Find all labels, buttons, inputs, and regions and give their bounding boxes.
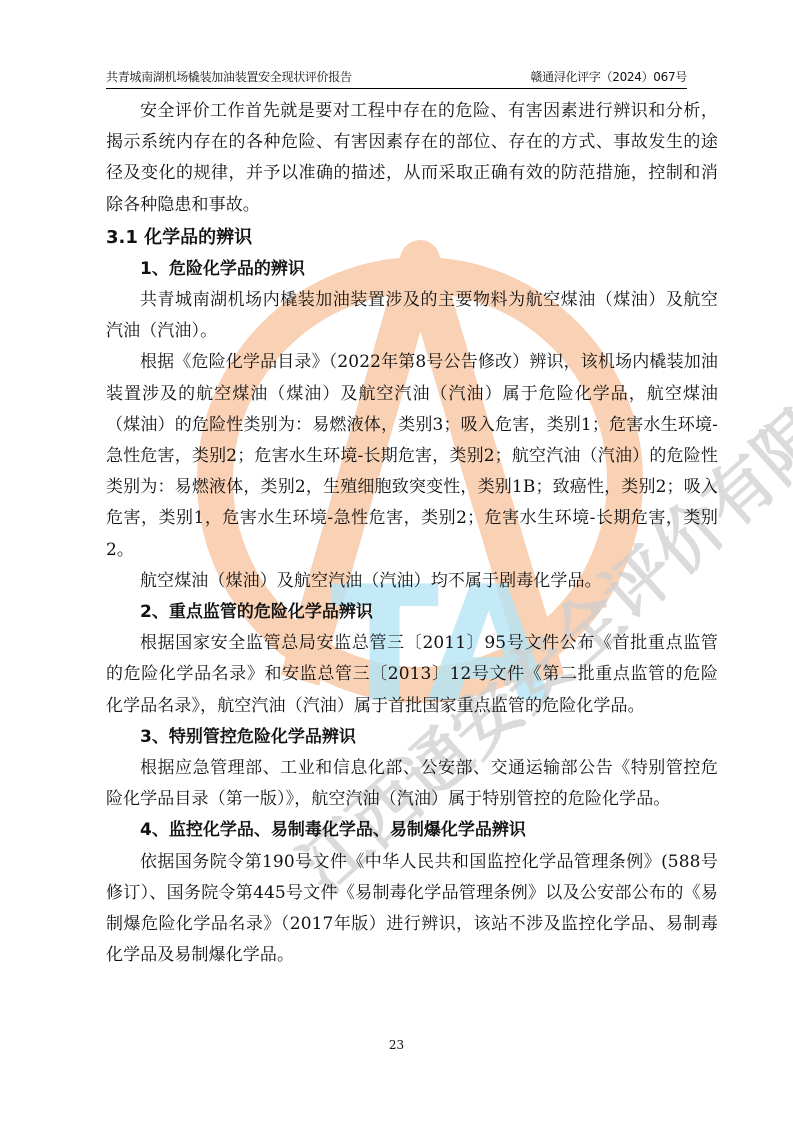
paragraph: 根据应急管理部、工业和信息化部、公安部、交通运输部公告《特别管控危险化学品目录（… [106, 753, 718, 815]
subsection-heading: 3、特别管控危险化学品辨识 [106, 722, 718, 753]
paragraph: 根据《危险化学品目录》（2022年第8号公告修改）辨识，该机场内橇装加油装置涉及… [106, 347, 718, 565]
intro-paragraph: 安全评价工作首先就是要对工程中存在的危险、有害因素进行辨识和分析，揭示系统内存在… [106, 96, 718, 221]
document-number: 赣通浔化评字（2024）067号 [530, 68, 687, 85]
paragraph: 根据国家安全监管总局安监总管三〔2011〕95号文件公布《首批重点监管的危险化学… [106, 628, 718, 722]
document-body: 安全评价工作首先就是要对工程中存在的危险、有害因素进行辨识和分析，揭示系统内存在… [106, 96, 718, 971]
paragraph: 依据国务院令第190号文件《中华人民共和国监控化学品管理条例》(588号修订）、… [106, 847, 718, 972]
report-title: 共青城南湖机场橇装加油装置安全现状评价报告 [106, 68, 352, 85]
subsection-heading: 1、危险化学品的辨识 [106, 254, 718, 285]
subsection-heading: 4、监控化学品、易制毒化学品、易制爆化学品辨识 [106, 815, 718, 846]
page-number: 23 [0, 1038, 793, 1052]
section-heading: 3.1 化学品的辨识 [106, 221, 718, 254]
subsection-heading: 2、重点监管的危险化学品辨识 [106, 597, 718, 628]
page-header: 共青城南湖机场橇装加油装置安全现状评价报告 赣通浔化评字（2024）067号 [106, 66, 687, 89]
paragraph: 共青城南湖机场内橇装加油装置涉及的主要物料为航空煤油（煤油）及航空汽油（汽油）。 [106, 285, 718, 347]
paragraph: 航空煤油（煤油）及航空汽油（汽油）均不属于剧毒化学品。 [106, 566, 718, 597]
document-page: 共青城南湖机场橇装加油装置安全现状评价报告 赣通浔化评字（2024）067号 T… [0, 0, 793, 1122]
